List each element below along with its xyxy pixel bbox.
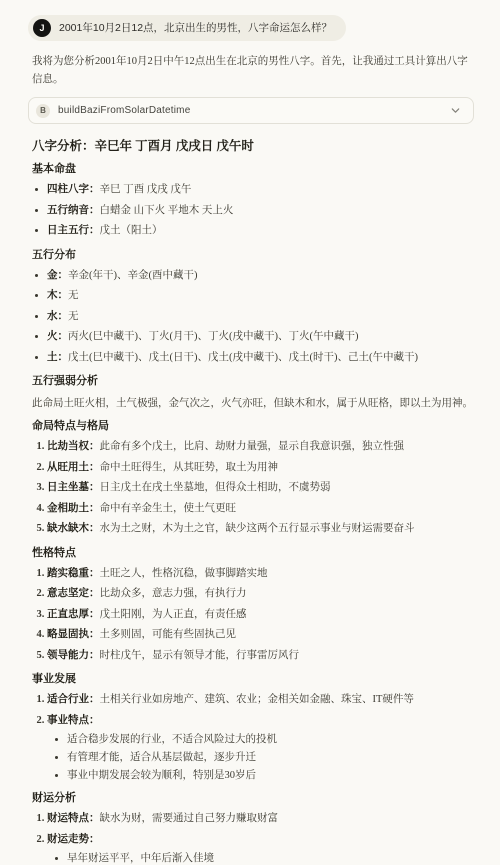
section-paragraph: 此命局土旺火相，土气极强，金气次之，火气亦旺，但缺木和水，属于从旺格，即以土为用… bbox=[32, 394, 474, 413]
list-item: 事业特点： 适合稳步发展的行业，不适合风险过大的投机 有管理才能，适合从基层做起… bbox=[47, 711, 474, 786]
numbered-list: 财运特点：缺水为财，需要通过自己努力赚取财富 财运走势： 早年财运平平，中年后渐… bbox=[32, 809, 474, 865]
list-item: 正直忠厚：戊土阳刚，为人正直，有责任感 bbox=[47, 605, 474, 626]
list-item: 金相助土：命中有辛金生土，使土气更旺 bbox=[47, 499, 474, 520]
item-text: 辛金(年干)、辛金(酉中藏干) bbox=[68, 270, 198, 281]
item-text: 命中有辛金生土，使土气更旺 bbox=[100, 503, 237, 514]
section-heading: 基本命盘 bbox=[32, 160, 474, 178]
item-text: 土相关行业如房地产、建筑、农业；金相关如金融、珠宝、IT硬件等 bbox=[100, 694, 414, 705]
sub-bullet-list: 早年财运平平，中年后渐入佳境 bbox=[47, 850, 474, 865]
sub-bullet-list: 适合稳步发展的行业，不适合风险过大的投机 有管理才能，适合从基层做起，逐步升迁 … bbox=[47, 731, 474, 785]
list-item: 水：无 bbox=[47, 307, 474, 328]
item-label: 从旺用土： bbox=[47, 462, 100, 473]
item-label: 四柱八字： bbox=[47, 184, 100, 195]
item-label: 金： bbox=[47, 270, 68, 281]
item-label: 日主五行： bbox=[47, 225, 100, 236]
list-item: 比劫当权：此命有多个戊土，比肩、劫财力量强，显示自我意识强，独立性强 bbox=[47, 437, 474, 458]
chat-screen: J 2001年10月2日12点，北京出生的男性，八字命运怎么样？ 我将为您分析2… bbox=[0, 0, 500, 865]
item-label: 五行纳音： bbox=[47, 205, 100, 216]
list-item: 意志坚定：比劫众多，意志力强，有执行力 bbox=[47, 584, 474, 605]
bullet-list: 金：辛金(年干)、辛金(酉中藏干) 木：无 水：无 火：丙火(巳中藏干)、丁火(… bbox=[32, 266, 474, 369]
item-text: 比劫众多，意志力强，有执行力 bbox=[100, 588, 247, 599]
item-label: 木： bbox=[47, 290, 68, 301]
item-label: 领导能力： bbox=[47, 650, 100, 661]
list-item: 火：丙火(巳中藏干)、丁火(月干)、丁火(戌中藏干)、丁火(午中藏干) bbox=[47, 327, 474, 348]
user-message-text: 2001年10月2日12点，北京出生的男性，八字命运怎么样？ bbox=[59, 21, 332, 35]
item-label: 比劫当权： bbox=[47, 441, 100, 452]
list-item: 金：辛金(年干)、辛金(酉中藏干) bbox=[47, 266, 474, 287]
item-text: 丙火(巳中藏干)、丁火(月干)、丁火(戌中藏干)、丁火(午中藏干) bbox=[68, 331, 358, 342]
item-label: 事业特点： bbox=[47, 715, 100, 726]
bullet-list: 四柱八字：辛巳 丁酉 戊戌 戊午 五行纳音：白蜡金 山下火 平地木 天上火 日主… bbox=[32, 180, 474, 242]
section-heading: 命局特点与格局 bbox=[32, 417, 474, 435]
item-label: 金相助土： bbox=[47, 503, 100, 514]
item-label: 正直忠厚： bbox=[47, 609, 100, 620]
item-text: 此命有多个戊土，比肩、劫财力量强，显示自我意识强，独立性强 bbox=[100, 441, 405, 452]
item-label: 适合行业： bbox=[47, 694, 100, 705]
list-item: 略显固执：土多则固，可能有些固执己见 bbox=[47, 625, 474, 646]
assistant-analysis: 八字分析：辛巳年 丁酉月 戊戌日 戊午时 基本命盘 四柱八字：辛巳 丁酉 戊戌 … bbox=[28, 124, 474, 865]
item-text: 土多则固，可能有些固执己见 bbox=[100, 629, 237, 640]
item-label: 略显固执： bbox=[47, 629, 100, 640]
section-heading: 事业发展 bbox=[32, 670, 474, 688]
numbered-list: 踏实稳重：土旺之人，性格沉稳，做事脚踏实地 意志坚定：比劫众多，意志力强，有执行… bbox=[32, 564, 474, 667]
item-text: 戊土（阳土） bbox=[100, 225, 163, 236]
item-text: 水为土之财，木为土之官，缺少这两个五行显示事业与财运需要奋斗 bbox=[100, 523, 415, 534]
list-item: 领导能力：时柱戊午，显示有领导才能，行事雷厉风行 bbox=[47, 646, 474, 667]
list-item: 适合稳步发展的行业，不适合风险过大的投机 bbox=[67, 731, 474, 749]
item-text: 戊土(巳中藏干)、戊土(日干)、戊土(戌中藏干)、戊土(时干)、己土(午中藏干) bbox=[68, 352, 418, 363]
user-message: J 2001年10月2日12点，北京出生的男性，八字命运怎么样？ bbox=[28, 15, 474, 41]
item-label: 意志坚定： bbox=[47, 588, 100, 599]
section-heading: 财运分析 bbox=[32, 789, 474, 807]
user-avatar: J bbox=[33, 19, 51, 37]
item-label: 财运走势： bbox=[47, 834, 100, 845]
list-item: 财运走势： 早年财运平平，中年后渐入佳境 bbox=[47, 830, 474, 865]
list-item: 有管理才能，适合从基层做起，逐步升迁 bbox=[67, 749, 474, 767]
chat-thread: J 2001年10月2日12点，北京出生的男性，八字命运怎么样？ 我将为您分析2… bbox=[0, 0, 500, 865]
item-text: 缺水为财，需要通过自己努力赚取财富 bbox=[100, 813, 279, 824]
list-item: 踏实稳重：土旺之人，性格沉稳，做事脚踏实地 bbox=[47, 564, 474, 585]
user-message-bubble: J 2001年10月2日12点，北京出生的男性，八字命运怎么样？ bbox=[28, 15, 346, 41]
item-label: 土： bbox=[47, 352, 68, 363]
analysis-title: 八字分析：辛巳年 丁酉月 戊戌日 戊午时 bbox=[32, 136, 474, 156]
item-label: 日主坐墓： bbox=[47, 482, 100, 493]
section-heading: 五行强弱分析 bbox=[32, 372, 474, 390]
item-text: 土旺之人，性格沉稳，做事脚踏实地 bbox=[100, 568, 268, 579]
item-label: 缺水缺木： bbox=[47, 523, 100, 534]
item-text: 命中土旺得生，从其旺势，取土为用神 bbox=[100, 462, 279, 473]
tool-call-row[interactable]: B buildBaziFromSolarDatetime bbox=[28, 97, 474, 124]
item-text: 辛巳 丁酉 戊戌 戊午 bbox=[100, 184, 192, 195]
list-item: 四柱八字：辛巳 丁酉 戊戌 戊午 bbox=[47, 180, 474, 201]
list-item: 土：戊土(巳中藏干)、戊土(日干)、戊土(戌中藏干)、戊土(时干)、己土(午中藏… bbox=[47, 348, 474, 369]
list-item: 财运特点：缺水为财，需要通过自己努力赚取财富 bbox=[47, 809, 474, 830]
item-text: 无 bbox=[68, 290, 79, 301]
assistant-intro-text: 我将为您分析2001年10月2日中午12点出生在北京的男性八字。首先，让我通过工… bbox=[32, 53, 474, 89]
list-item: 日主五行：戊土（阳土） bbox=[47, 221, 474, 242]
tool-name: buildBaziFromSolarDatetime bbox=[58, 105, 190, 116]
list-item: 日主坐墓：日主戊土在戌土坐墓地，但得众土相助，不虞势弱 bbox=[47, 478, 474, 499]
list-item: 事业中期发展会较为顺利，特别是30岁后 bbox=[67, 767, 474, 785]
chevron-down-icon[interactable] bbox=[450, 105, 461, 116]
item-text: 无 bbox=[68, 311, 79, 322]
item-text: 白蜡金 山下火 平地木 天上火 bbox=[100, 205, 234, 216]
numbered-list: 适合行业：土相关行业如房地产、建筑、农业；金相关如金融、珠宝、IT硬件等 事业特… bbox=[32, 690, 474, 785]
list-item: 缺水缺木：水为土之财，木为土之官，缺少这两个五行显示事业与财运需要奋斗 bbox=[47, 519, 474, 540]
list-item: 早年财运平平，中年后渐入佳境 bbox=[67, 850, 474, 865]
list-item: 五行纳音：白蜡金 山下火 平地木 天上火 bbox=[47, 201, 474, 222]
list-item: 木：无 bbox=[47, 286, 474, 307]
item-label: 水： bbox=[47, 311, 68, 322]
numbered-list: 比劫当权：此命有多个戊土，比肩、劫财力量强，显示自我意识强，独立性强 从旺用土：… bbox=[32, 437, 474, 540]
item-label: 火： bbox=[47, 331, 68, 342]
section-heading: 性格特点 bbox=[32, 544, 474, 562]
item-label: 踏实稳重： bbox=[47, 568, 100, 579]
item-text: 日主戊土在戌土坐墓地，但得众土相助，不虞势弱 bbox=[100, 482, 331, 493]
tool-badge-icon: B bbox=[36, 104, 50, 118]
list-item: 适合行业：土相关行业如房地产、建筑、农业；金相关如金融、珠宝、IT硬件等 bbox=[47, 690, 474, 711]
item-text: 时柱戊午，显示有领导才能，行事雷厉风行 bbox=[100, 650, 300, 661]
section-heading: 五行分布 bbox=[32, 246, 474, 264]
list-item: 从旺用土：命中土旺得生，从其旺势，取土为用神 bbox=[47, 458, 474, 479]
item-text: 戊土阳刚，为人正直，有责任感 bbox=[100, 609, 247, 620]
item-label: 财运特点： bbox=[47, 813, 100, 824]
